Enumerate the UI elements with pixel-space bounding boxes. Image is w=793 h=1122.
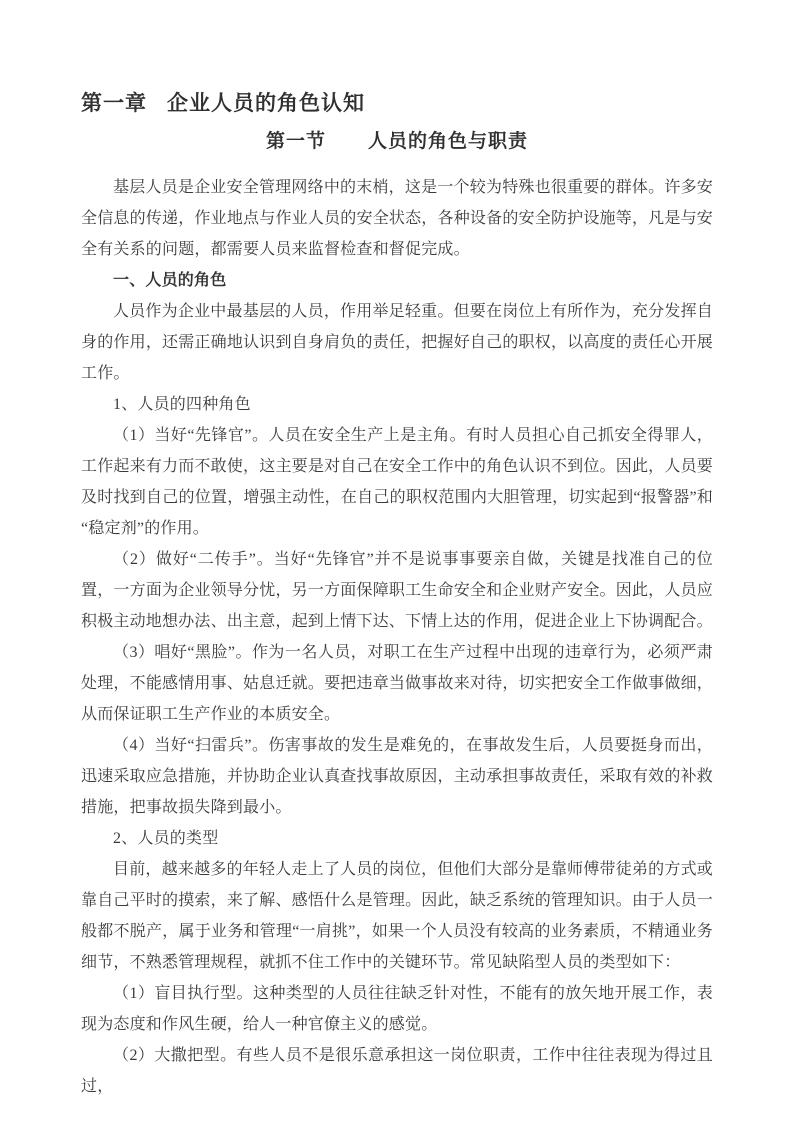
intro-paragraph: 基层人员是企业安全管理网络中的末梢，这是一个较为特殊也很重要的群体。许多安全信息…	[81, 172, 713, 265]
roles-intro-paragraph: 人员作为企业中最基层的人员，作用举足轻重。但要在岗位上有所作为，充分发挥自身的作…	[81, 296, 713, 389]
subheading-four-roles: 1、人员的四种角色	[81, 389, 713, 420]
role-1-paragraph: （1）当好“先锋官”。人员在安全生产上是主角。有时人员担心自己抓安全得罪人，工作…	[81, 420, 713, 544]
chapter-title: 第一章企业人员的角色认知	[81, 88, 713, 118]
type-1-paragraph: （1）盲目执行型。这种类型的人员往往缺乏针对性，不能有的放矢地开展工作，表现为态…	[81, 978, 713, 1040]
role-2-paragraph: （2）做好“二传手”。当好“先锋官”并不是说事事要亲自做，关键是找准自己的位置，…	[81, 544, 713, 637]
chapter-title-text: 企业人员的角色认知	[167, 91, 365, 115]
type-2-paragraph: （2）大撒把型。有些人员不是很乐意承担这一岗位职责，工作中往往表现为得过且过，	[81, 1040, 713, 1102]
types-intro-paragraph: 目前，越来越多的年轻人走上了人员的岗位，但他们大部分是靠师傅带徒弟的方式或靠自己…	[81, 854, 713, 978]
role-4-paragraph: （4）当好“扫雷兵”。伤害事故的发生是难免的，在事故发生后，人员要挺身而出，迅速…	[81, 730, 713, 823]
section-title-text: 人员的角色与职责	[368, 131, 528, 152]
role-3-paragraph: （3）唱好“黑脸”。作为一名人员，对职工在生产过程中出现的违章行为，必须严肃处理…	[81, 637, 713, 730]
heading-roles: 一、人员的角色	[81, 265, 713, 296]
section-number: 第一节	[266, 131, 326, 152]
document-page: 第一章企业人员的角色认知 第一节人员的角色与职责 基层人员是企业安全管理网络中的…	[0, 0, 793, 1122]
section-title: 第一节人员的角色与职责	[81, 128, 713, 156]
subheading-types: 2、人员的类型	[81, 823, 713, 854]
chapter-number: 第一章	[81, 91, 147, 115]
